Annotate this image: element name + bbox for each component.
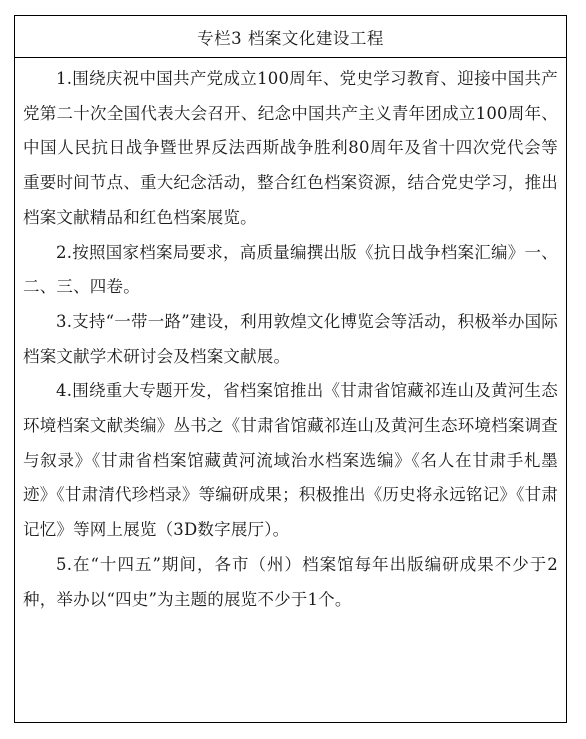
list-item: 2.按照国家档案局要求，高质量编撰出版《抗日战争档案汇编》一、二、三、四卷。 (23, 236, 558, 305)
column-box: 专栏3 档案文化建设工程 1.围绕庆祝中国共产党成立100周年、党史学习教育、迎… (14, 15, 567, 723)
list-item: 5.在“十四五”期间，各市（州）档案馆每年出版编研成果不少于2种，举办以“四史”… (23, 548, 558, 617)
column-body: 1.围绕庆祝中国共产党成立100周年、党史学习教育、迎接中国共产党第二十次全国代… (15, 58, 566, 617)
list-item: 3.支持“一带一路”建设，利用敦煌文化博览会等活动，积极举办国际档案文献学术研讨… (23, 305, 558, 374)
list-item: 4.围绕重大专题开发，省档案馆推出《甘肃省馆藏祁连山及黄河生态环境档案文献类编》… (23, 374, 558, 548)
list-item: 1.围绕庆祝中国共产党成立100周年、党史学习教育、迎接中国共产党第二十次全国代… (23, 62, 558, 236)
column-title: 专栏3 档案文化建设工程 (15, 16, 566, 58)
column-title-text: 专栏3 档案文化建设工程 (197, 25, 384, 49)
